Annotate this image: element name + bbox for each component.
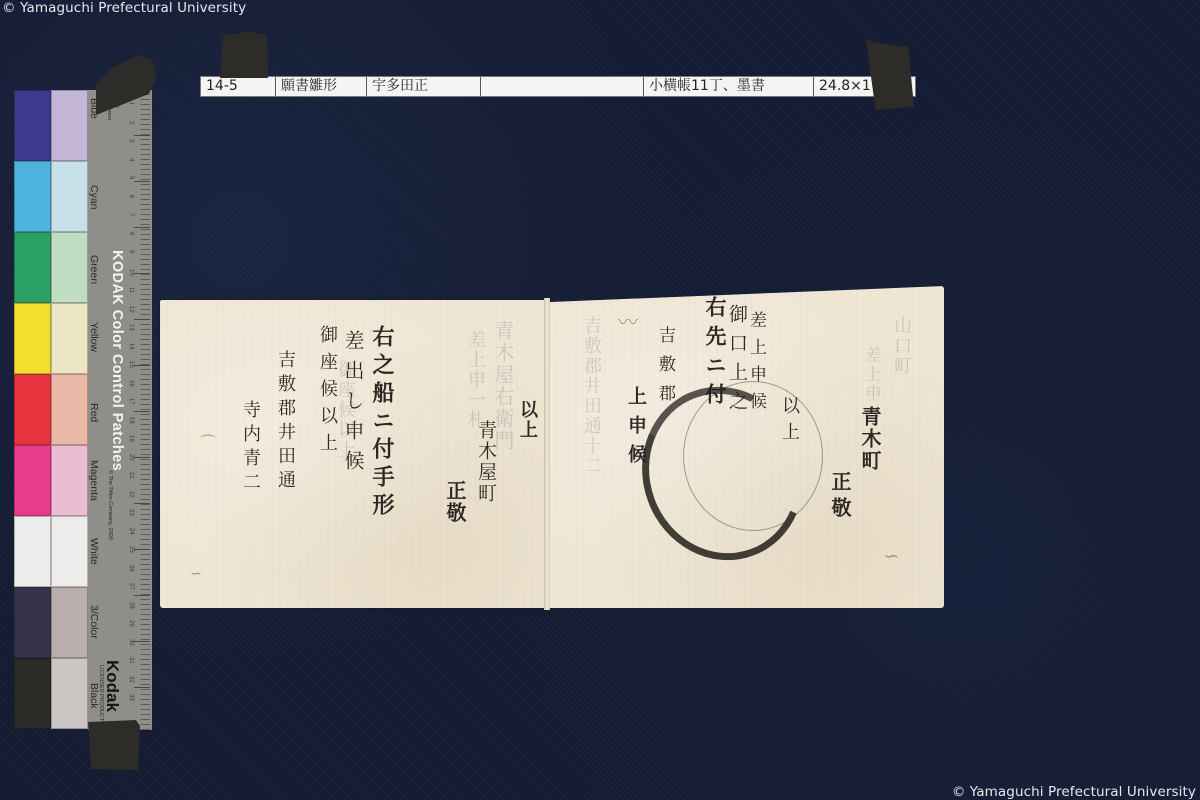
- kodak-logo: Kodak: [102, 660, 122, 712]
- ruler-cm-number: 9: [128, 250, 134, 253]
- color-patch-red-dark: [14, 374, 51, 445]
- ruler-cm-number: 13: [128, 324, 134, 331]
- color-patch-yellow-dark: [14, 303, 51, 374]
- ruler-cm-number: 7: [128, 213, 134, 216]
- ruler-cm-number: 12: [128, 306, 134, 313]
- ruler-cm-number: 4: [128, 158, 134, 161]
- column-text: 正敬: [826, 471, 855, 523]
- ruler-cm-number: 17: [128, 398, 134, 405]
- ruler-cm-number: 31: [128, 657, 134, 664]
- patch-label-white: White: [88, 538, 100, 565]
- kodak-ruler: 1234567891011121314151617181920212223242…: [88, 90, 152, 730]
- ruler-cm-number: 11: [128, 287, 134, 293]
- tiffen-copyright: © The Tiffen Company, 2000: [107, 470, 113, 540]
- ruler-cm-number: 21: [128, 472, 134, 479]
- ruler-cm-number: 24: [128, 528, 134, 535]
- color-patch-cyan-dark: [14, 161, 51, 232]
- paper-stain: ∽: [190, 565, 202, 582]
- tape-piece: [218, 32, 268, 78]
- bleed-through-text: 吉敷郡井田通十二: [578, 316, 604, 476]
- ruler-cm-number: 2: [128, 121, 134, 124]
- ruler-numbers: 1234567891011121314151617181920212223242…: [128, 90, 138, 730]
- column-text: 寺内青二: [237, 400, 263, 496]
- ruler-cm-number: 25: [128, 546, 134, 553]
- color-patch-white-light: [51, 516, 88, 587]
- column-text: 青木町: [856, 406, 885, 472]
- document-title: 願書雛形: [276, 77, 367, 96]
- bleed-through-text: 差上申一札: [462, 330, 488, 430]
- kodak-chart-title: KODAK Color Control Patches: [109, 250, 125, 471]
- tape-piece: [88, 720, 140, 770]
- ruler-cm-number: 27: [128, 583, 134, 590]
- ruler-cm-number: 1: [128, 102, 134, 105]
- column-text: 差出し申候: [339, 330, 368, 480]
- column-text: 右之船ニ付手形: [367, 325, 398, 521]
- column-text: 以上: [514, 400, 540, 440]
- ruler-cm-number: 26: [128, 565, 134, 572]
- color-patch-magenta-dark: [14, 445, 51, 516]
- bleed-through-text: 山口町: [888, 316, 914, 376]
- column-text: 正敬: [441, 480, 470, 524]
- bleed-through-text: 差上申: [859, 346, 884, 403]
- color-patch-blue-light: [51, 90, 88, 161]
- patch-label-red: Red: [88, 403, 100, 422]
- patch-label-yellow: Yellow: [88, 322, 100, 352]
- ruler-cm-number: 22: [128, 491, 134, 498]
- color-patch-black-light: [51, 658, 88, 729]
- ruler-cm-number: 3: [128, 139, 134, 142]
- color-patch-magenta-light: [51, 445, 88, 516]
- blank-field: [481, 77, 644, 96]
- color-patch-green-light: [51, 232, 88, 303]
- book-spine: [544, 298, 550, 610]
- ruler-cm-number: 18: [128, 417, 134, 424]
- ruler-cm-number: 8: [128, 232, 134, 235]
- ruler-cm-number: 10: [128, 269, 134, 276]
- patch-label-magenta: Magenta: [88, 460, 100, 501]
- ruler-cm-number: 23: [128, 509, 134, 516]
- color-patch-yellow-light: [51, 303, 88, 374]
- color-patch-3color-light: [51, 587, 88, 658]
- ruler-cm-number: 30: [128, 639, 134, 646]
- catalog-id: 14-5: [201, 77, 276, 96]
- thin-circle-mark: [683, 381, 823, 531]
- right-page: 吉敷郡井田通十二 山口町 差上申 右先ニ付 御口上之 差上申候 吉敷郡 上申候 …: [548, 286, 944, 608]
- color-patch-black-dark: [14, 658, 51, 729]
- column-text: 吉敷郡井田通: [272, 350, 298, 494]
- color-patch-red-light: [51, 374, 88, 445]
- paper-stain: ⌒: [200, 430, 216, 453]
- licensed-product: LICENSED PRODUCT: [98, 665, 104, 721]
- left-page: 青木屋右衛門 差上申一札 御座候以上 以上 青木屋町 正敬 右之船ニ付手形 差出…: [160, 300, 548, 608]
- column-text: 御座候以上: [314, 325, 340, 460]
- manuscript-book: 青木屋右衛門 差上申一札 御座候以上 以上 青木屋町 正敬 右之船ニ付手形 差出…: [160, 282, 945, 612]
- ruler-cm-number: 6: [128, 195, 134, 198]
- ruler-cm-number: 28: [128, 602, 134, 609]
- patch-label-green: Green: [88, 255, 100, 284]
- patch-label-3color: 3/Color: [88, 605, 100, 639]
- copyright-watermark-top: © Yamaguchi Prefectural University: [2, 0, 246, 16]
- ruler-cm-number: 19: [128, 435, 134, 442]
- ruler-cm-number: 15: [128, 361, 134, 368]
- ruler-cm-number: 5: [128, 176, 134, 179]
- catalog-label-bar: 14-5 願書雛形 宇多田正 小横帳11丁、墨書 24.8×17.3: [200, 76, 916, 97]
- ruler-cm-number: 32: [128, 676, 134, 683]
- ruler-cm-number: 16: [128, 380, 134, 387]
- tape-piece: [866, 40, 914, 110]
- color-patch-cyan-light: [51, 161, 88, 232]
- paper-stain: 〰: [618, 306, 638, 335]
- patch-label-cyan: Cyan: [88, 185, 100, 210]
- column-text: 青木屋町: [473, 420, 500, 504]
- color-patch-blue-dark: [14, 90, 51, 161]
- ruler-cm-number: 33: [128, 694, 134, 701]
- color-control-patches: [14, 90, 88, 730]
- document-author: 宇多田正: [367, 77, 481, 96]
- copyright-watermark-bottom: © Yamaguchi Prefectural University: [952, 784, 1196, 800]
- color-patch-green-dark: [14, 232, 51, 303]
- paper-stain: ∽: [884, 546, 899, 567]
- ruler-cm-number: 20: [128, 454, 134, 461]
- ruler-cm-number: 29: [128, 620, 134, 627]
- color-patch-3color-dark: [14, 587, 51, 658]
- color-patch-white-dark: [14, 516, 51, 587]
- ruler-cm-number: 14: [128, 343, 134, 350]
- document-format: 小横帳11丁、墨書: [644, 77, 814, 96]
